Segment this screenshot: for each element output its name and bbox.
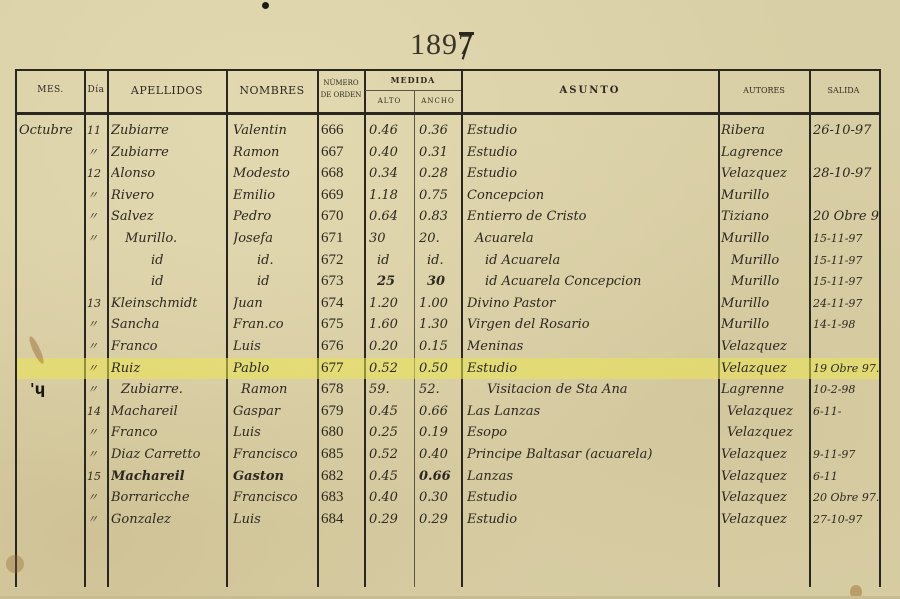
cell-autores: Velazquez: [721, 163, 809, 184]
cell-dia: 〃: [87, 142, 107, 163]
cell-nombres: Emilio: [233, 185, 317, 206]
cell-ancho: 0.66: [419, 466, 461, 487]
ledger-row: id id 673 25 30 id Acuarela Concepcion M…: [17, 271, 879, 292]
cell-numero: 683: [321, 487, 363, 508]
header-mes: MES.: [17, 85, 84, 95]
cell-asunto: Estudio: [467, 163, 717, 184]
cell-nombres: Pedro: [233, 206, 317, 227]
cell-alto: 30: [369, 228, 413, 249]
medida-separator: [365, 90, 461, 91]
cell-dia: 〃: [87, 379, 107, 400]
ledger-row: 15 Machareil Gaston 682 0.45 0.66 Lanzas…: [17, 466, 879, 487]
cell-numero: 675: [321, 314, 363, 335]
cell-numero: 676: [321, 336, 363, 357]
cell-nombres: Gaston: [233, 466, 317, 487]
cell-alto: 59.: [369, 379, 413, 400]
cell-autores: Velazquez: [721, 487, 809, 508]
ledger-row: 〃 Sancha Fran.co 675 1.60 1.30 Virgen de…: [17, 314, 879, 335]
cell-apellidos: Sancha: [111, 314, 225, 335]
year-printed: 189: [410, 28, 458, 61]
cell-autores: Murillo: [721, 185, 809, 206]
cell-mes: [19, 487, 83, 508]
ledger-row: Octubre 11 Zubiarre Valentin 666 0.46 0.…: [17, 120, 879, 141]
cell-apellidos: Rivero: [111, 185, 225, 206]
cell-salida: 26-10-97: [813, 120, 879, 141]
cell-numero: 677: [321, 358, 363, 379]
page-year: 1897: [410, 28, 474, 62]
cell-apellidos: Machareil: [111, 466, 225, 487]
cell-apellidos: Machareil: [111, 401, 225, 422]
cell-autores: Lagrence: [721, 142, 809, 163]
cell-dia: 〃: [87, 358, 107, 379]
cell-autores: Velazquez: [721, 401, 815, 422]
cell-mes: [19, 379, 83, 400]
cell-numero: 672: [321, 250, 363, 271]
cell-mes: [19, 509, 83, 530]
cell-alto: 0.29: [369, 509, 413, 530]
cell-alto: 0.52: [369, 444, 413, 465]
cell-alto: 0.45: [369, 466, 413, 487]
cell-nombres: Josefa: [233, 228, 317, 249]
cell-mes: [19, 142, 83, 163]
cell-apellidos: Murillo.: [111, 228, 239, 249]
cell-numero: 682: [321, 466, 363, 487]
ledger-row: 〃 Diaz Carretto Francisco 685 0.52 0.40 …: [17, 444, 879, 465]
cell-ancho: 0.75: [419, 185, 461, 206]
cell-dia: 〃: [87, 185, 107, 206]
cell-salida: 20 Obre 97.: [813, 487, 879, 508]
cell-apellidos: Franco: [111, 336, 225, 357]
cell-apellidos: Zubiarre: [111, 142, 225, 163]
cell-asunto: Concepcion: [467, 185, 717, 206]
cell-alto: id: [369, 250, 421, 271]
cell-mes: [19, 185, 83, 206]
header-dia: Día: [85, 85, 107, 95]
cell-mes: [19, 444, 83, 465]
cell-asunto: Estudio: [467, 120, 717, 141]
cell-apellidos: Diaz Carretto: [111, 444, 225, 465]
cell-autores: Velazquez: [721, 358, 809, 379]
cell-dia: 〃: [87, 422, 107, 443]
cell-dia: 14: [87, 401, 107, 422]
cell-autores: Ribera: [721, 120, 809, 141]
ledger-row: 13 Kleinschmidt Juan 674 1.20 1.00 Divin…: [17, 293, 879, 314]
cell-nombres: Ramon: [233, 142, 317, 163]
cell-salida: 28-10-97: [813, 163, 879, 184]
cell-apellidos: Gonzalez: [111, 509, 225, 530]
header-bottom-rule: [17, 112, 879, 115]
cell-ancho: 0.50: [419, 358, 461, 379]
cell-numero: 685: [321, 444, 363, 465]
ledger-row: 〃 Salvez Pedro 670 0.64 0.83 Entierro de…: [17, 206, 879, 227]
ledger-row: 〃 Murillo. Josefa 671 30 20. Acuarela Mu…: [17, 228, 879, 249]
cell-salida: 14-1-98: [813, 314, 879, 335]
cell-dia: [87, 250, 107, 271]
cell-asunto: Estudio: [467, 487, 717, 508]
cell-mes: [19, 206, 83, 227]
cell-ancho: 0.15: [419, 336, 461, 357]
cell-asunto: Estudio: [467, 358, 717, 379]
ledger-row: 〃 Borraricche Francisco 683 0.40 0.30 Es…: [17, 487, 879, 508]
cell-ancho: 0.66: [419, 401, 461, 422]
cell-apellidos: Zubiarre: [111, 120, 225, 141]
cell-asunto: Acuarela: [467, 228, 725, 249]
cell-numero: 679: [321, 401, 363, 422]
header-salida: SALIDA: [810, 86, 877, 95]
cell-ancho: 0.40: [419, 444, 461, 465]
ledger-row: 〃 Zubiarre Ramon 667 0.40 0.31 Estudio L…: [17, 142, 879, 163]
cell-salida: [813, 422, 879, 443]
cell-ancho: 1.00: [419, 293, 461, 314]
ledger-table: MES. Día APELLIDOS NOMBRES NÚMERO DE ORD…: [15, 69, 881, 587]
cell-nombres: Luis: [233, 509, 317, 530]
cell-ancho: 52.: [419, 379, 461, 400]
cell-numero: 666: [321, 120, 363, 141]
cell-mes: [19, 271, 83, 292]
cell-mes: [19, 228, 83, 249]
cell-numero: 667: [321, 142, 363, 163]
cell-numero: 670: [321, 206, 363, 227]
cell-alto: 1.20: [369, 293, 413, 314]
cell-asunto: id Acuarela Concepcion: [467, 271, 735, 292]
cell-nombres: Valentin: [233, 120, 317, 141]
header-asunto: ASUNTO: [462, 85, 718, 96]
cell-alto: 1.60: [369, 314, 413, 335]
ledger-row: 〃 Zubiarre. Ramon 678 59. 52. Visitacion…: [17, 379, 879, 400]
ledger-row: 12 Alonso Modesto 668 0.34 0.28 Estudio …: [17, 163, 879, 184]
cell-nombres: Francisco: [233, 444, 317, 465]
cell-ancho: 1.30: [419, 314, 461, 335]
cell-salida: 27-10-97: [813, 509, 879, 530]
cell-salida: 9-11-97: [813, 444, 879, 465]
paper-stain: [6, 555, 24, 573]
cell-salida: [813, 142, 879, 163]
cell-mes: [19, 314, 83, 335]
cell-autores: Velazquez: [721, 466, 809, 487]
cell-apellidos: Franco: [111, 422, 225, 443]
ledger-row: 〃 Gonzalez Luis 684 0.29 0.29 Estudio Ve…: [17, 509, 879, 530]
cell-alto: 0.40: [369, 487, 413, 508]
cell-mes: [19, 358, 83, 379]
cell-nombres: Ramon: [233, 379, 325, 400]
cell-alto: 0.46: [369, 120, 413, 141]
cell-asunto: Visitacion de Sta Ana: [467, 379, 737, 400]
margin-note: 'ɥ: [30, 380, 45, 398]
cell-numero: 671: [321, 228, 363, 249]
cell-alto: 0.64: [369, 206, 413, 227]
cell-asunto: Estudio: [467, 509, 717, 530]
cell-alto: 0.40: [369, 142, 413, 163]
cell-asunto: Principe Baltasar (acuarela): [467, 444, 717, 465]
cell-ancho: id.: [419, 250, 469, 271]
cell-salida: 15-11-97: [813, 228, 879, 249]
cell-mes: [19, 401, 83, 422]
cell-alto: 0.34: [369, 163, 413, 184]
cell-alto: 1.18: [369, 185, 413, 206]
cell-nombres: Luis: [233, 422, 317, 443]
cell-mes: [19, 422, 83, 443]
cell-dia: 〃: [87, 444, 107, 465]
cell-numero: 674: [321, 293, 363, 314]
binding-hole: [262, 2, 269, 9]
cell-autores: Velazquez: [721, 509, 809, 530]
cell-autores: Tiziano: [721, 206, 809, 227]
cell-salida: 24-11-97: [813, 293, 879, 314]
cell-nombres: Modesto: [233, 163, 317, 184]
ledger-row: 〃 Franco Luis 680 0.25 0.19 Esopo Velazq…: [17, 422, 879, 443]
cell-autores: Velazquez: [721, 444, 809, 465]
cell-salida: 6-11: [813, 466, 879, 487]
cell-numero: 668: [321, 163, 363, 184]
cell-ancho: 0.28: [419, 163, 461, 184]
cell-asunto: Meninas: [467, 336, 717, 357]
ledger-row-highlighted: 〃 Ruiz Pablo 677 0.52 0.50 Estudio Velaz…: [17, 358, 879, 379]
cell-salida: [813, 336, 879, 357]
cell-autores: Velazquez: [721, 336, 809, 357]
cell-ancho: 0.19: [419, 422, 461, 443]
cell-dia: 〃: [87, 228, 107, 249]
cell-salida: 10-2-98: [813, 379, 879, 400]
cell-dia: 〃: [87, 509, 107, 530]
cell-ancho: 20.: [419, 228, 461, 249]
ledger-row: 〃 Rivero Emilio 669 1.18 0.75 Concepcion…: [17, 185, 879, 206]
cell-alto: 0.20: [369, 336, 413, 357]
cell-asunto: Lanzas: [467, 466, 717, 487]
cell-ancho: 30: [419, 271, 469, 292]
cell-autores: Murillo: [721, 314, 809, 335]
cell-numero: 678: [321, 379, 363, 400]
year-corrected-digit: 7: [458, 28, 474, 61]
cell-asunto: Entierro de Cristo: [467, 206, 717, 227]
cell-ancho: 0.29: [419, 509, 461, 530]
cell-ancho: 0.31: [419, 142, 461, 163]
cell-dia: 〃: [87, 487, 107, 508]
cell-nombres: Juan: [233, 293, 317, 314]
cell-numero: 684: [321, 509, 363, 530]
cell-autores: Lagrenne: [721, 379, 809, 400]
cell-salida: 19 Obre 97.: [813, 358, 879, 379]
cell-numero: 680: [321, 422, 363, 443]
cell-alto: 25: [369, 271, 421, 292]
cell-autores: Murillo: [721, 293, 809, 314]
cell-dia: [87, 271, 107, 292]
cell-apellidos: Zubiarre.: [111, 379, 235, 400]
cell-autores: Murillo: [721, 228, 809, 249]
header-alto: ALTO: [365, 97, 414, 105]
cell-nombres: Fran.co: [233, 314, 317, 335]
cell-autores: Murillo: [721, 271, 819, 292]
header-apellidos: APELLIDOS: [108, 84, 226, 97]
cell-salida: 20 Obre 97.: [813, 206, 879, 227]
cell-apellidos: Kleinschmidt: [111, 293, 225, 314]
header-numero-line2: DE ORDEN: [318, 91, 364, 99]
cell-nombres: Francisco: [233, 487, 317, 508]
cell-apellidos: Salvez: [111, 206, 225, 227]
cell-autores: Velazquez: [721, 422, 815, 443]
cell-asunto: Las Lanzas: [467, 401, 717, 422]
cell-mes: Octubre: [19, 120, 83, 141]
cell-dia: 15: [87, 466, 107, 487]
cell-mes: [19, 250, 83, 271]
cell-salida: 6-11-: [813, 401, 879, 422]
cell-nombres: Luis: [233, 336, 317, 357]
cell-alto: 0.52: [369, 358, 413, 379]
cell-ancho: 0.30: [419, 487, 461, 508]
cell-asunto: Estudio: [467, 142, 717, 163]
cell-apellidos: Ruiz: [111, 358, 225, 379]
cell-salida: 15-11-97: [813, 271, 879, 292]
header-nombres: NOMBRES: [227, 84, 317, 97]
cell-mes: [19, 466, 83, 487]
header-autores: AUTORES: [719, 86, 809, 95]
cell-alto: 0.25: [369, 422, 413, 443]
ledger-row: 〃 Franco Luis 676 0.20 0.15 Meninas Vela…: [17, 336, 879, 357]
cell-ancho: 0.36: [419, 120, 461, 141]
ledger-row: 14 Machareil Gaspar 679 0.45 0.66 Las La…: [17, 401, 879, 422]
cell-dia: 12: [87, 163, 107, 184]
cell-dia: 11: [87, 120, 107, 141]
cell-dia: 〃: [87, 336, 107, 357]
cell-numero: 673: [321, 271, 363, 292]
cell-mes: [19, 293, 83, 314]
header-ancho: ANCHO: [415, 97, 461, 105]
cell-asunto: id Acuarela: [467, 250, 735, 271]
cell-asunto: Esopo: [467, 422, 717, 443]
cell-nombres: Pablo: [233, 358, 317, 379]
cell-asunto: Divino Pastor: [467, 293, 717, 314]
cell-ancho: 0.83: [419, 206, 461, 227]
cell-salida: [813, 185, 879, 206]
cell-autores: Murillo: [721, 250, 819, 271]
cell-salida: 15-11-97: [813, 250, 879, 271]
cell-alto: 0.45: [369, 401, 413, 422]
ledger-row: id id. 672 id id. id Acuarela Murillo 15…: [17, 250, 879, 271]
header-numero-line1: NÚMERO: [318, 79, 364, 87]
cell-asunto: Virgen del Rosario: [467, 314, 717, 335]
cell-apellidos: Alonso: [111, 163, 225, 184]
cell-nombres: Gaspar: [233, 401, 317, 422]
cell-dia: 13: [87, 293, 107, 314]
cell-dia: 〃: [87, 206, 107, 227]
cell-apellidos: Borraricche: [111, 487, 225, 508]
cell-numero: 669: [321, 185, 363, 206]
header-medida: MEDIDA: [365, 75, 461, 85]
cell-mes: [19, 163, 83, 184]
cell-dia: 〃: [87, 314, 107, 335]
